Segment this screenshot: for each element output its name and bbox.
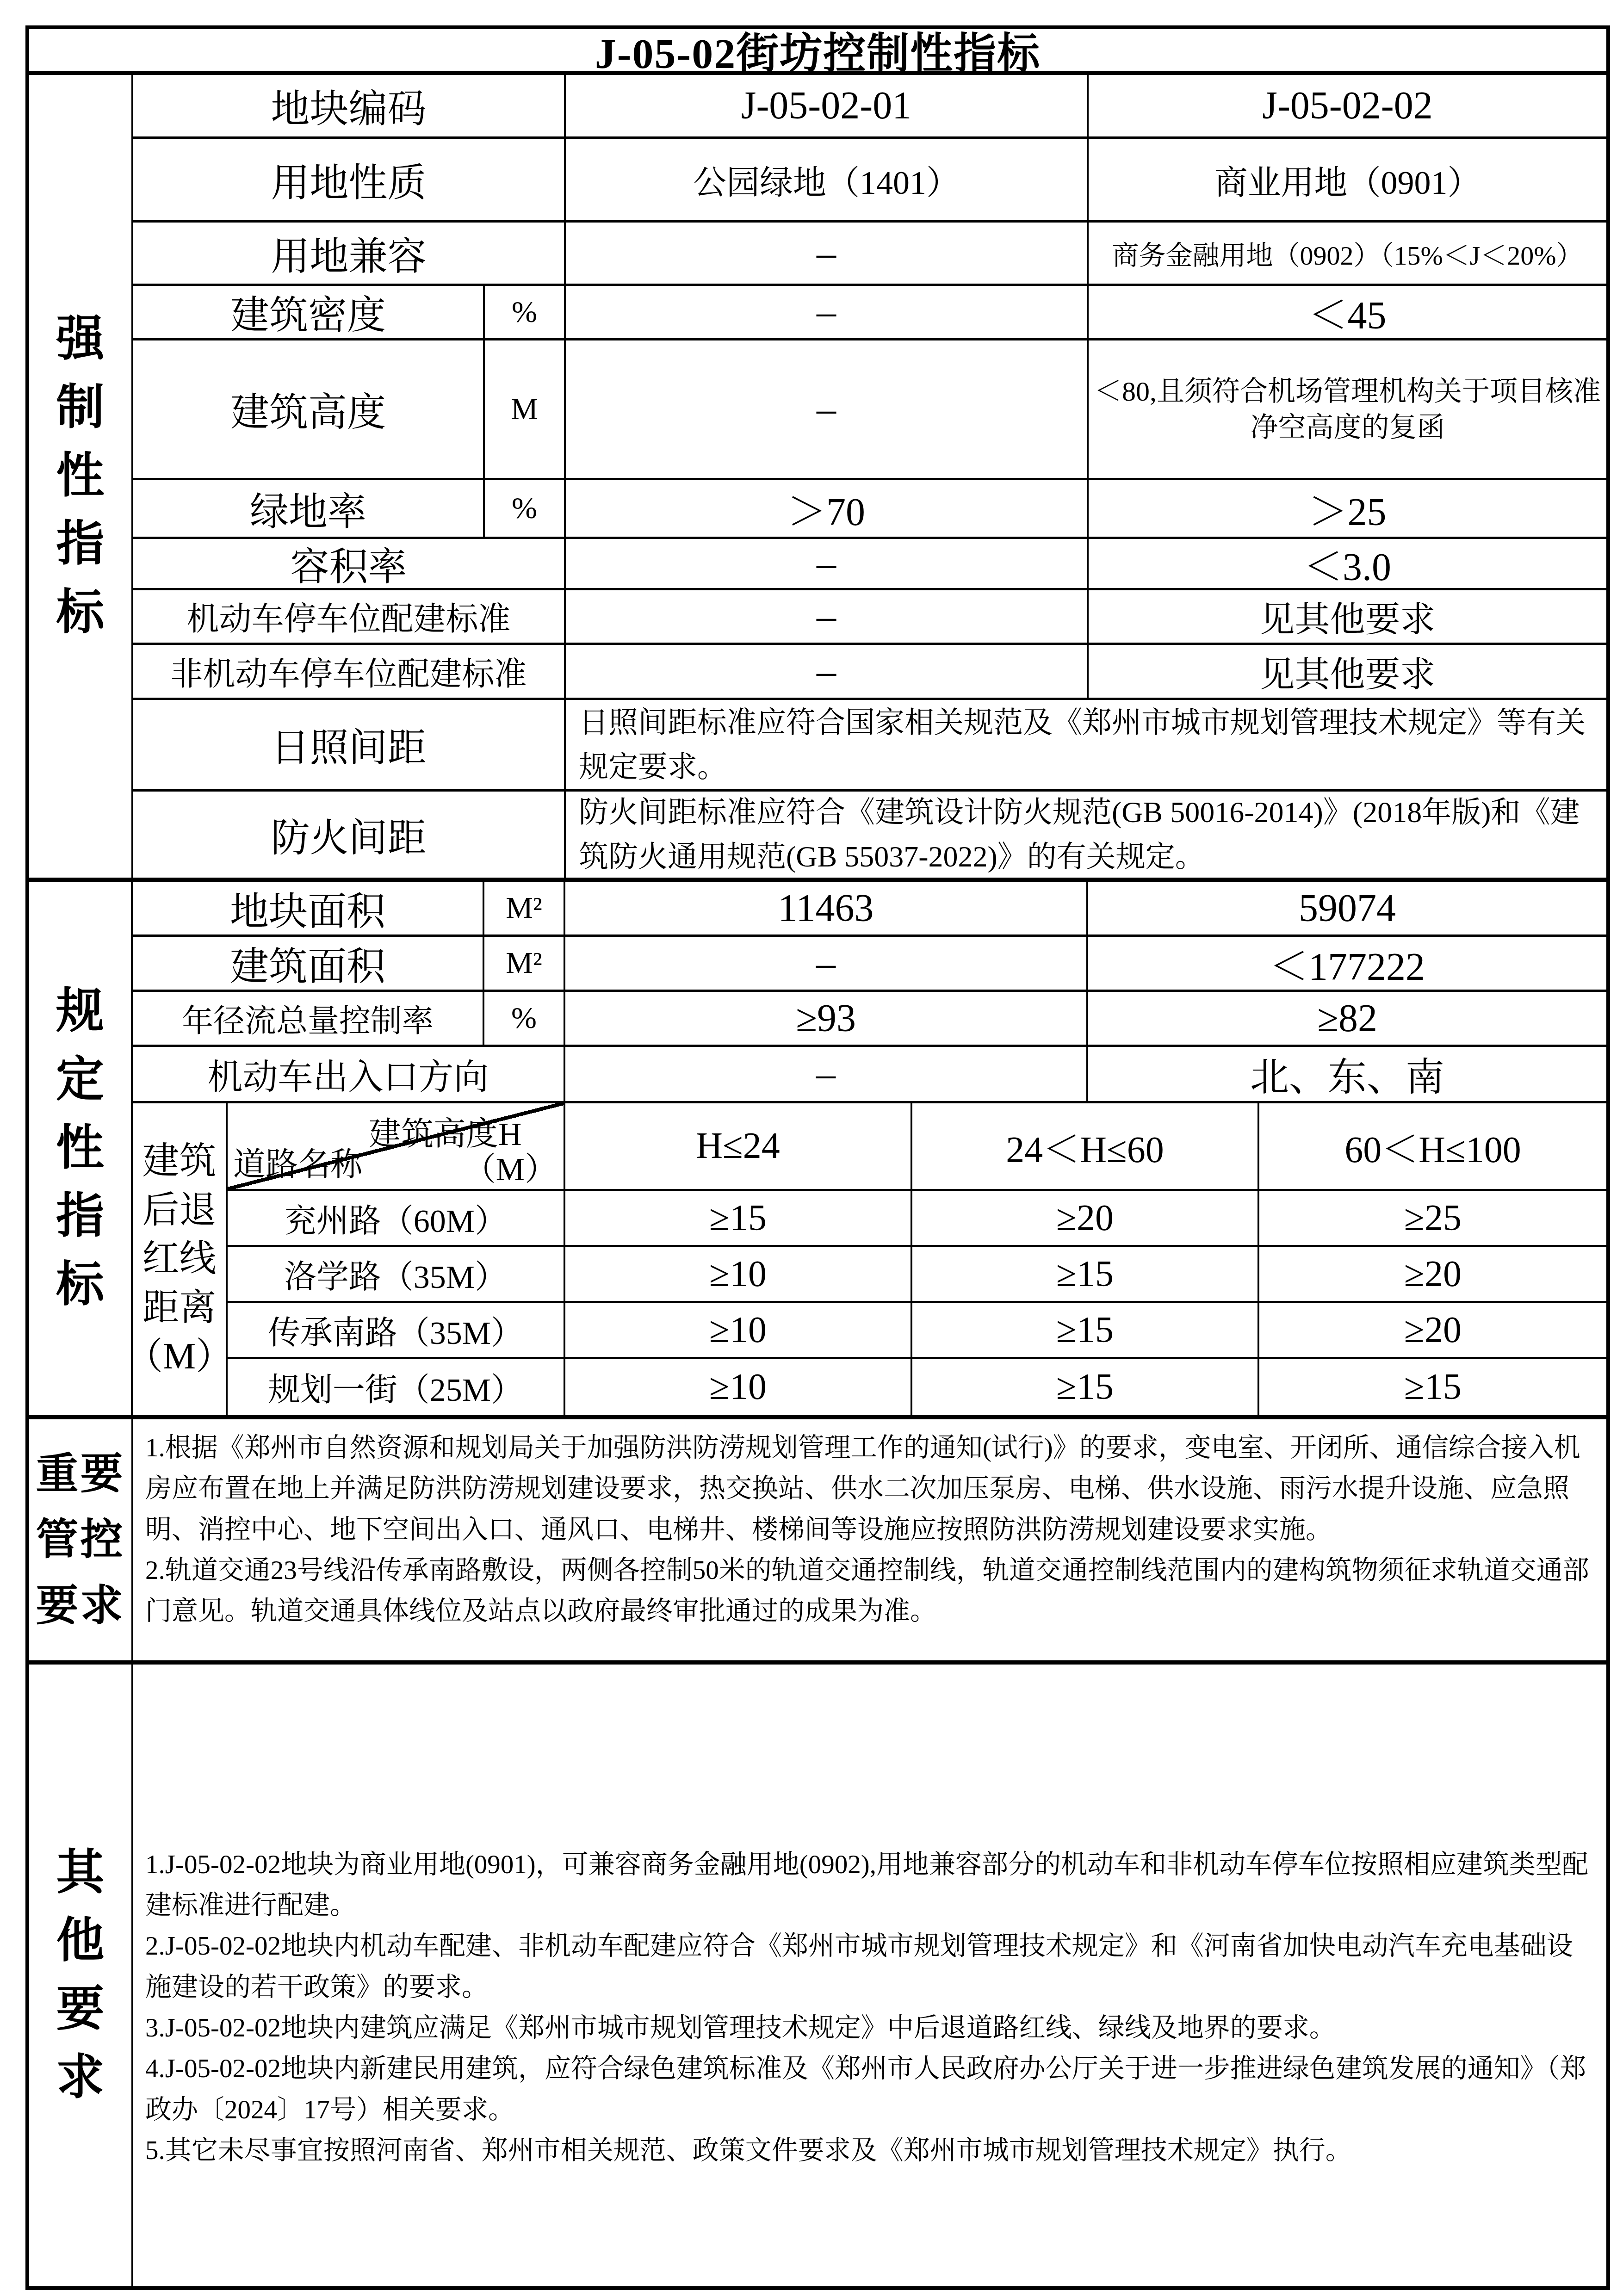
- setback-value: ≥15: [565, 1191, 912, 1245]
- important-controls-item-1: 1.根据《郑州市自然资源和规划局关于加强防洪防涝规划管理工作的通知(试行)》的要…: [145, 1428, 1594, 1550]
- value-plot1: –: [566, 539, 1089, 588]
- setback-value: ≥25: [1259, 1191, 1606, 1245]
- value-plot1: –: [566, 340, 1089, 478]
- setback-value: ≥10: [565, 1303, 912, 1357]
- other-requirements-item-1: 1.J-05-02-02地块为商业用地(0901)，可兼容商务金融用地(0902…: [145, 1844, 1594, 1926]
- value-plot1: –: [566, 223, 1089, 284]
- value-plot2: ＜80,且须符合机场管理机构关于项目核准 净空高度的复函: [1089, 340, 1606, 478]
- row-label: 用地性质: [133, 139, 566, 220]
- row-fire-spacing: 防火间距 防火间距标准应符合《建筑设计防火规范(GB 50016-2014)》(…: [133, 792, 1606, 878]
- row-label: 非机动车停车位配建标准: [133, 645, 566, 698]
- value-plot2: ＞25: [1089, 480, 1606, 537]
- road-name: 洛学路（35M）: [228, 1247, 565, 1301]
- diag-unit-label: （M）: [464, 1143, 557, 1190]
- road-name: 规划一街（25M）: [228, 1359, 565, 1415]
- diagonal-header-cell: 建筑高度H （M） 道路名称: [228, 1103, 565, 1189]
- sunlight-spacing-text: 日照间距标准应符合国家相关规范及《郑州市城市规划管理技术规定》等有关规定要求。: [566, 700, 1606, 789]
- section-label-mandatory: 强 制 性 指 标: [29, 75, 133, 878]
- setback-col-header-1: H≤24: [565, 1103, 912, 1189]
- row-label: 防火间距: [133, 792, 566, 878]
- setback-side-label: 建筑 后退 红线 距离 （M）: [133, 1103, 228, 1415]
- setback-value: ≥15: [912, 1247, 1259, 1301]
- other-requirements-item-3: 3.J-05-02-02地块内建筑应满足《郑州市城市规划管理技术规定》中后退道路…: [145, 2008, 1594, 2048]
- row-nonmotor-parking-standard: 非机动车停车位配建标准 – 见其他要求: [133, 645, 1606, 700]
- setback-value: ≥10: [565, 1247, 912, 1301]
- row-building-area: 建筑面积 M² – ＜177222: [133, 937, 1606, 992]
- value-plot1: J-05-02-01: [566, 75, 1089, 136]
- fire-spacing-text: 防火间距标准应符合《建筑设计防火规范(GB 50016-2014)》(2018年…: [566, 792, 1606, 878]
- row-unit: %: [485, 286, 566, 338]
- value-plot1: –: [566, 286, 1089, 338]
- row-runoff-control: 年径流总量控制率 % ≥93 ≥82: [133, 992, 1606, 1047]
- row-vehicle-access: 机动车出入口方向 – 北、东、南: [133, 1047, 1606, 1103]
- diag-road-name-label: 道路名称: [233, 1139, 363, 1185]
- setback-row-luoxue: 洛学路（35M） ≥10 ≥15 ≥20: [228, 1247, 1606, 1303]
- setback-value: ≥15: [912, 1303, 1259, 1357]
- row-label: 容积率: [133, 539, 566, 588]
- setback-row-guihua1: 规划一街（25M） ≥10 ≥15 ≥15: [228, 1359, 1606, 1415]
- value-plot2: ≥82: [1088, 992, 1606, 1045]
- page-title: J-05-02街坊控制性指标: [595, 19, 1041, 80]
- row-label: 机动车停车位配建标准: [133, 590, 566, 643]
- section-mandatory: 强 制 性 指 标 地块编码 J-05-02-01 J-05-02-02 用地性…: [29, 75, 1606, 882]
- setback-row-yanzhou: 兖州路（60M） ≥15 ≥20 ≥25: [228, 1191, 1606, 1247]
- row-sunlight-spacing: 日照间距 日照间距标准应符合国家相关规范及《郑州市城市规划管理技术规定》等有关规…: [133, 700, 1606, 792]
- value-plot2: J-05-02-02: [1089, 75, 1606, 136]
- setback-value: ≥20: [912, 1191, 1259, 1245]
- row-plot-code: 地块编码 J-05-02-01 J-05-02-02: [133, 75, 1606, 139]
- setback-row-chuancheng: 传承南路（35M） ≥10 ≥15 ≥20: [228, 1303, 1606, 1359]
- setback-value: ≥15: [912, 1359, 1259, 1415]
- value-plot2: 商务金融用地（0902）（15%＜J＜20%）: [1089, 223, 1606, 284]
- road-name: 传承南路（35M）: [228, 1303, 565, 1357]
- value-plot1: ＞70: [566, 480, 1089, 537]
- value-plot2: ＜3.0: [1089, 539, 1606, 588]
- row-label: 绿地率: [133, 480, 485, 537]
- section-label-prescriptive: 规 定 性 指 标: [29, 882, 133, 1415]
- row-compatibility: 用地兼容 – 商务金融用地（0902）（15%＜J＜20%）: [133, 223, 1606, 286]
- other-requirements-item-4: 4.J-05-02-02地块内新建民用建筑，应符合绿色建筑标准及《郑州市人民政府…: [145, 2048, 1594, 2130]
- row-unit: M²: [484, 882, 565, 934]
- row-label: 建筑高度: [133, 340, 485, 478]
- setback-value: ≥20: [1259, 1303, 1606, 1357]
- important-controls-text: 1.根据《郑州市自然资源和规划局关于加强防洪防涝规划管理工作的通知(试行)》的要…: [133, 1419, 1606, 1660]
- row-unit: M: [485, 340, 566, 478]
- row-plot-area: 地块面积 M² 11463 59074: [133, 882, 1606, 937]
- row-label: 机动车出入口方向: [133, 1047, 565, 1101]
- value-plot2: 见其他要求: [1089, 645, 1606, 698]
- section-prescriptive: 规 定 性 指 标 地块面积 M² 11463 59074 建筑面积 M² – …: [29, 882, 1606, 1419]
- other-requirements-text: 1.J-05-02-02地块为商业用地(0901)，可兼容商务金融用地(0902…: [133, 1665, 1606, 2286]
- row-label: 地块编码: [133, 75, 566, 136]
- section-label-important-controls: 重要 管控 要求: [29, 1419, 133, 1660]
- setback-col-header-2: 24＜H≤60: [912, 1103, 1259, 1189]
- row-label: 建筑密度: [133, 286, 485, 338]
- indicator-table: J-05-02街坊控制性指标 强 制 性 指 标 地块编码 J-05-02-01…: [25, 25, 1610, 2290]
- setback-col-header-3: 60＜H≤100: [1259, 1103, 1606, 1189]
- row-unit: M²: [484, 937, 565, 990]
- value-plot2: 北、东、南: [1088, 1047, 1606, 1101]
- row-label: 用地兼容: [133, 223, 566, 284]
- setback-value: ≥15: [1259, 1359, 1606, 1415]
- value-plot2: ＜177222: [1088, 937, 1606, 990]
- row-unit: %: [485, 480, 566, 537]
- row-unit: %: [484, 992, 565, 1045]
- section-other-requirements: 其 他 要 求 1.J-05-02-02地块为商业用地(0901)，可兼容商务金…: [29, 1665, 1606, 2286]
- row-label: 地块面积: [133, 882, 484, 934]
- row-label: 日照间距: [133, 700, 566, 789]
- row-far: 容积率 – ＜3.0: [133, 539, 1606, 590]
- value-plot2: 59074: [1088, 882, 1606, 934]
- value-plot1: 公园绿地（1401）: [566, 139, 1089, 220]
- value-plot2: ＜45: [1089, 286, 1606, 338]
- setback-header-row: 建筑高度H （M） 道路名称 H≤24 24＜H≤60 60＜H≤100: [228, 1103, 1606, 1191]
- row-label: 建筑面积: [133, 937, 484, 990]
- row-parking-standard: 机动车停车位配建标准 – 见其他要求: [133, 590, 1606, 645]
- important-controls-item-2: 2.轨道交通23号线沿传承南路敷设，两侧各控制50米的轨道交通控制线，轨道交通控…: [145, 1550, 1594, 1632]
- value-plot2: 见其他要求: [1089, 590, 1606, 643]
- section-label-other-requirements: 其 他 要 求: [29, 1665, 133, 2286]
- setback-value: ≥10: [565, 1359, 912, 1415]
- row-green-ratio: 绿地率 % ＞70 ＞25: [133, 480, 1606, 539]
- row-land-use: 用地性质 公园绿地（1401） 商业用地（0901）: [133, 139, 1606, 223]
- other-requirements-item-5: 5.其它未尽事宜按照河南省、郑州市相关规范、政策文件要求及《郑州市城市规划管理技…: [145, 2130, 1594, 2171]
- value-plot1: 11463: [565, 882, 1088, 934]
- road-name: 兖州路（60M）: [228, 1191, 565, 1245]
- row-building-density: 建筑密度 % – ＜45: [133, 286, 1606, 340]
- title-row: J-05-02街坊控制性指标: [29, 29, 1606, 75]
- setback-value: ≥20: [1259, 1247, 1606, 1301]
- value-plot1: –: [566, 645, 1089, 698]
- value-plot1: –: [565, 1047, 1088, 1101]
- value-plot1: ≥93: [565, 992, 1088, 1045]
- row-label: 年径流总量控制率: [133, 992, 484, 1045]
- value-plot2: 商业用地（0901）: [1089, 139, 1606, 220]
- row-building-height: 建筑高度 M – ＜80,且须符合机场管理机构关于项目核准 净空高度的复函: [133, 340, 1606, 480]
- section-important-controls: 重要 管控 要求 1.根据《郑州市自然资源和规划局关于加强防洪防涝规划管理工作的…: [29, 1419, 1606, 1665]
- other-requirements-item-2: 2.J-05-02-02地块内机动车配建、非机动车配建应符合《郑州市城市规划管理…: [145, 1926, 1594, 2008]
- value-plot1: –: [566, 590, 1089, 643]
- value-plot1: –: [565, 937, 1088, 990]
- setback-subtable: 建筑 后退 红线 距离 （M） 建筑高度H （M） 道路名称 H≤24 24＜H…: [133, 1103, 1606, 1415]
